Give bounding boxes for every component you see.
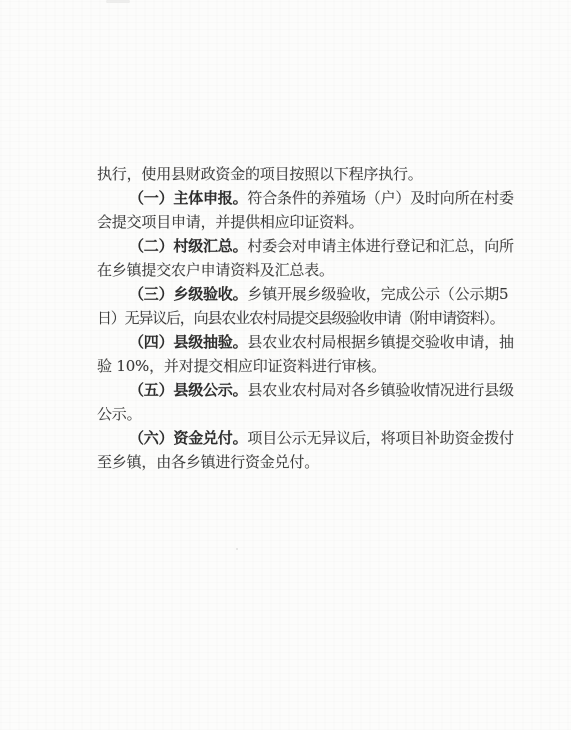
paragraph-text: 至乡镇，由各乡镇进行资金兑付。 [97, 453, 319, 471]
text-line: （三）乡级验收。乡镇开展乡级验收，完成公示（公示期5 [97, 282, 529, 306]
paragraph-text: 村委会对申请主体进行登记和汇总，向所 [247, 237, 513, 255]
text-line: 执行，使用县财政资金的项目按照以下程序执行。 [97, 162, 529, 186]
paragraph-text: 符合条件的养殖场（户）及时向所在村委 [247, 189, 513, 207]
text-line: 会提交项目申请，并提供相应印证资料。 [97, 210, 529, 234]
paragraph-text: 公示。 [97, 405, 141, 423]
paragraph-heading: （二）村级汇总。 [129, 237, 247, 255]
text-line: （四）县级抽验。县农业农村局根据乡镇提交验收申请，抽 [97, 330, 529, 354]
text-line: 公示。 [97, 402, 529, 426]
paragraph-heading: （五）县级公示。 [129, 381, 247, 399]
paragraph-heading: （一）主体申报。 [129, 189, 247, 207]
paragraph-heading: （三）乡级验收。 [129, 285, 247, 303]
paragraph-text: 验 10%，并对提交相应印证资料进行审核。 [97, 357, 386, 375]
paragraph-text: 县农业农村局根据乡镇提交验收申请，抽 [247, 333, 513, 351]
text-line: （一）主体申报。符合条件的养殖场（户）及时向所在村委 [97, 186, 529, 210]
paragraph-heading: （四）县级抽验。 [129, 333, 247, 351]
document-body: 执行，使用县财政资金的项目按照以下程序执行。 （一）主体申报。符合条件的养殖场（… [97, 162, 529, 474]
text-line: 在乡镇提交农户申请资料及汇总表。 [97, 258, 529, 282]
paragraph-text: 项目公示无异议后，将项目补助资金拨付 [247, 429, 513, 447]
paragraph-text: 会提交项目申请，并提供相应印证资料。 [97, 213, 363, 231]
text-line: （二）村级汇总。村委会对申请主体进行登记和汇总，向所 [97, 234, 529, 258]
text-line: （六）资金兑付。项目公示无异议后，将项目补助资金拨付 [97, 426, 529, 450]
scan-artifact-dot [236, 548, 238, 550]
text-line: 至乡镇，由各乡镇进行资金兑付。 [97, 450, 529, 474]
paragraph-text: 在乡镇提交农户申请资料及汇总表。 [97, 261, 334, 279]
paragraph-text: 日）无异议后，向县农业农村局提交县级验收申请（附申请资料）。 [97, 309, 504, 327]
paragraph-text: 执行，使用县财政资金的项目按照以下程序执行。 [97, 165, 423, 183]
text-line: 验 10%，并对提交相应印证资料进行审核。 [97, 354, 529, 378]
scan-artifact-smudge [106, 0, 130, 3]
paragraph-text: 乡镇开展乡级验收，完成公示（公示期5 [247, 285, 508, 303]
text-line: 日）无异议后，向县农业农村局提交县级验收申请（附申请资料）。 [97, 306, 529, 330]
paragraph-heading: （六）资金兑付。 [129, 429, 247, 447]
text-line: （五）县级公示。县农业农村局对各乡镇验收情况进行县级 [97, 378, 529, 402]
paragraph-text: 县农业农村局对各乡镇验收情况进行县级 [247, 381, 513, 399]
